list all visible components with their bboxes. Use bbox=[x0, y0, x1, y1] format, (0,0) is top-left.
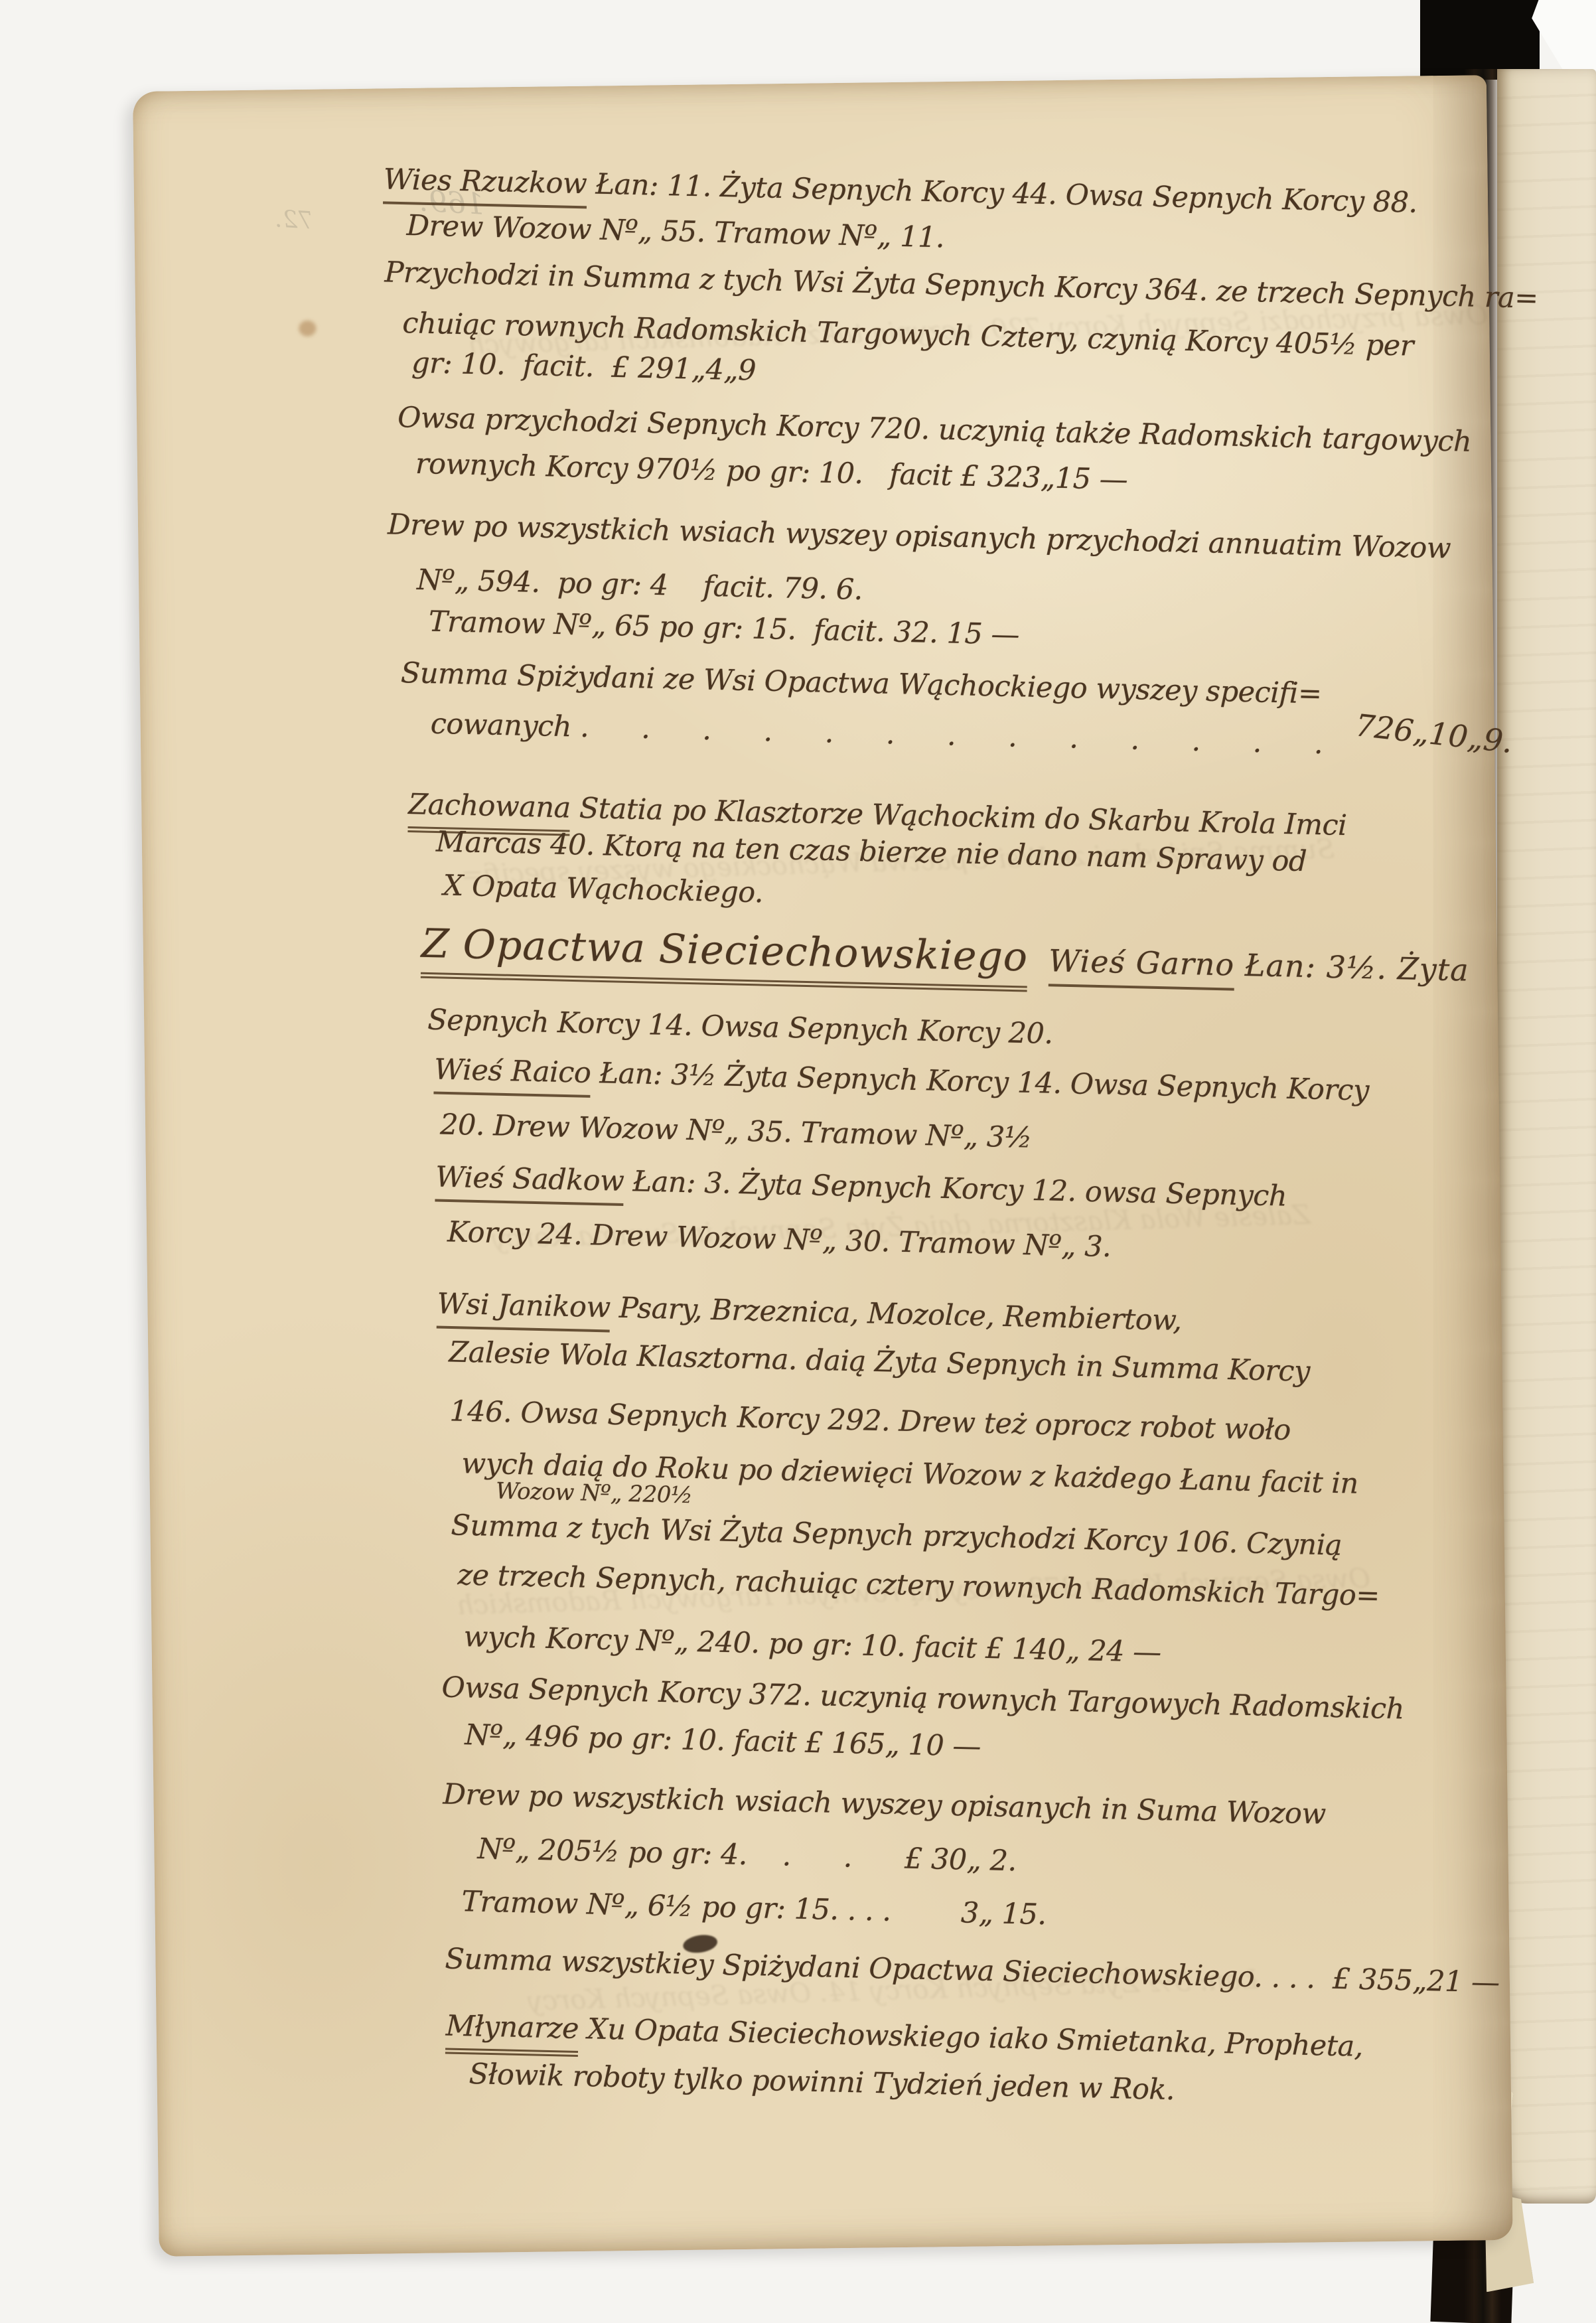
manuscript-line: Owsa Sepnych Korcy 372. uczynią rownych … bbox=[441, 1672, 1404, 1726]
manuscript-line: Drew po wszystkich wsiach wyszey opisany… bbox=[443, 1778, 1326, 1831]
manuscript-line: Tramow Nº„ 65 po gr: 15. facit. 32. 15 — bbox=[428, 606, 1019, 652]
line-text: X Opata Wąchockiego. bbox=[443, 869, 763, 909]
village-name-underlined: Wieś Garno bbox=[1048, 942, 1235, 990]
line-text: Łan: 3½. Żyta bbox=[1234, 947, 1470, 988]
manuscript-line: Wies Rzuzkow Łan: 11. Żyta Sepnych Korcy… bbox=[383, 163, 1417, 220]
line-text: Summa z tych Wsi Żyta Sepnych przychodzi… bbox=[451, 1509, 1342, 1562]
line-text: cowanych . . . . . . . . . . . . . bbox=[430, 708, 1323, 761]
line-text: Drew Wozow Nº„ 55. Tramow Nº„ 11. bbox=[406, 209, 945, 254]
village-name-underlined: Wies Rzuzkow bbox=[383, 163, 587, 208]
line-text: 20. Drew Wozow Nº„ 35. Tramow Nº„ 3½ bbox=[440, 1108, 1033, 1154]
heading-gap bbox=[1027, 942, 1049, 979]
manuscript-line: Wieś Sadkow Łan: 3. Żyta Sepnych Korcy 1… bbox=[435, 1161, 1287, 1214]
line-text: Sepnych Korcy 14. Owsa Sepnych Korcy 20. bbox=[427, 1004, 1053, 1051]
line-text: Łan: 3. Żyta Sepnych Korcy 12. owsa Sepn… bbox=[624, 1165, 1287, 1213]
line-text: wych Korcy Nº„ 240. po gr: 10. facit £ 1… bbox=[463, 1620, 1161, 1669]
inserted-line: Wozow Nº„ 220½ bbox=[495, 1478, 692, 1509]
manuscript-line: Nº„ 594. po gr: 4 facit. 79. 6. bbox=[417, 564, 863, 607]
line-text: Łan: 3½ Żyta Sepnych Korcy 14. Owsa Sepn… bbox=[591, 1057, 1370, 1108]
manuscript-line: Tramow Nº„ 6½ po gr: 15. . . . 3„ 15. bbox=[461, 1886, 1047, 1931]
manuscript-line: cowanych . . . . . . . . . . . . . bbox=[430, 708, 1323, 761]
margin-total: 726„10„9. bbox=[1354, 707, 1514, 760]
village-name-underlined: Wieś Raico bbox=[433, 1053, 591, 1098]
line-text: Nº„ 594. po gr: 4 facit. 79. 6. bbox=[417, 563, 863, 607]
manuscript-line: Summa Spiżydani ze Wsi Opactwa Wąchockie… bbox=[400, 657, 1322, 711]
line-text: Zalesie Wola Klasztorna. daią Żyta Sepny… bbox=[449, 1335, 1311, 1388]
line-text: Summa Spiżydani ze Wsi Opactwa Wąchockie… bbox=[400, 656, 1322, 710]
line-text: 146. Owsa Sepnych Korcy 292. Drew też op… bbox=[449, 1394, 1291, 1447]
abbey-heading-underlined: Z Opactwa Sieciechowskiego bbox=[421, 921, 1029, 992]
manuscript-line: gr: 10. facit. £ 291„4„9 bbox=[411, 347, 757, 388]
line-text: Owsa Sepnych Korcy 372. uczynią rownych … bbox=[441, 1671, 1404, 1726]
section-heading: Z Opactwa Sieciechowskiego Wieś Garno Ła… bbox=[421, 921, 1469, 991]
manuscript-line: Przychodzi in Summa z tych Wsi Żyta Sepn… bbox=[384, 256, 1538, 315]
scanned-book-spread: 169. 72. Owsa przychodzi Sepnych Korcy 7… bbox=[0, 0, 1596, 2323]
line-text: gr: 10. facit. £ 291„4„9 bbox=[411, 346, 757, 388]
manuscript-line: X Opata Wąchockiego. bbox=[443, 869, 763, 909]
line-text: Łan: 11. Żyta Sepnych Korcy 44. Owsa Sep… bbox=[587, 167, 1418, 219]
line-text: Nº„ 496 po gr: 10. facit £ 165„ 10 — bbox=[465, 1718, 981, 1763]
manuscript-line: Zalesie Wola Klasztorna. daią Żyta Sepny… bbox=[449, 1336, 1311, 1388]
village-name-underlined: Wieś Sadkow bbox=[435, 1161, 624, 1206]
manuscript-line: Wsi Janikow Psary, Brzeznica, Mozolce, R… bbox=[437, 1288, 1182, 1338]
line-text: Nº„ 205½ po gr: 4. . . £ 30„ 2. bbox=[477, 1833, 1017, 1878]
paper-stain bbox=[299, 321, 316, 337]
line-text: Drew po wszystkich wsiach wyszey opisany… bbox=[388, 508, 1451, 565]
line-text: Wozow Nº„ 220½ bbox=[496, 1477, 693, 1509]
manuscript-line: 146. Owsa Sepnych Korcy 292. Drew też op… bbox=[449, 1395, 1291, 1447]
manuscript-line: Młynarze Xu Opata Sieciechowskiego iako … bbox=[445, 2010, 1363, 2063]
line-text: rownych Korcy 970½ po gr: 10. facit £ 32… bbox=[415, 447, 1128, 496]
manuscript-line: Sepnych Korcy 14. Owsa Sepnych Korcy 20. bbox=[427, 1004, 1053, 1051]
manuscript-line: Nº„ 205½ po gr: 4. . . £ 30„ 2. bbox=[477, 1833, 1017, 1878]
manuscript-line: rownych Korcy 970½ po gr: 10. facit £ 32… bbox=[415, 448, 1128, 497]
manuscript-line: Słowik roboty tylko powinni Tydzień jede… bbox=[469, 2058, 1175, 2107]
manuscript-line: Drew po wszystkich wsiach wyszey opisany… bbox=[388, 508, 1451, 565]
line-text: Drew po wszystkich wsiach wyszey opisany… bbox=[443, 1777, 1326, 1831]
manuscript-line: Summa z tych Wsi Żyta Sepnych przychodzi… bbox=[451, 1509, 1342, 1562]
line-text: Przychodzi in Summa z tych Wsi Żyta Sepn… bbox=[384, 256, 1538, 315]
line-text: Psary, Brzeznica, Mozolce, Rembiertow, bbox=[610, 1291, 1182, 1337]
manuscript-line: Nº„ 496 po gr: 10. facit £ 165„ 10 — bbox=[465, 1719, 981, 1763]
line-text: Tramow Nº„ 65 po gr: 15. facit. 32. 15 — bbox=[428, 605, 1019, 652]
line-text: Xu Opata Sieciechowskiego iako Smietanka… bbox=[578, 2012, 1363, 2063]
section-word-underlined: Młynarze bbox=[445, 2009, 579, 2057]
binding-background bbox=[1420, 0, 1540, 80]
line-text: Tramow Nº„ 6½ po gr: 15. . . . 3„ 15. bbox=[461, 1885, 1047, 1931]
village-name-underlined: Wsi Janikow bbox=[437, 1288, 611, 1333]
facing-page-edge bbox=[1497, 69, 1596, 2204]
manuscript-page: 169. 72. Owsa przychodzi Sepnych Korcy 7… bbox=[133, 75, 1513, 2257]
line-text: Słowik roboty tylko powinni Tydzień jede… bbox=[469, 2058, 1175, 2107]
manuscript-line: Drew Wozow Nº„ 55. Tramow Nº„ 11. bbox=[406, 210, 945, 255]
manuscript-line: 20. Drew Wozow Nº„ 35. Tramow Nº„ 3½ bbox=[440, 1108, 1033, 1155]
manuscript-line: wych Korcy Nº„ 240. po gr: 10. facit £ 1… bbox=[463, 1621, 1161, 1669]
manuscript-line: Wieś Raico Łan: 3½ Żyta Sepnych Korcy 14… bbox=[434, 1054, 1370, 1108]
folio-number-bleed: 72. bbox=[274, 205, 314, 234]
